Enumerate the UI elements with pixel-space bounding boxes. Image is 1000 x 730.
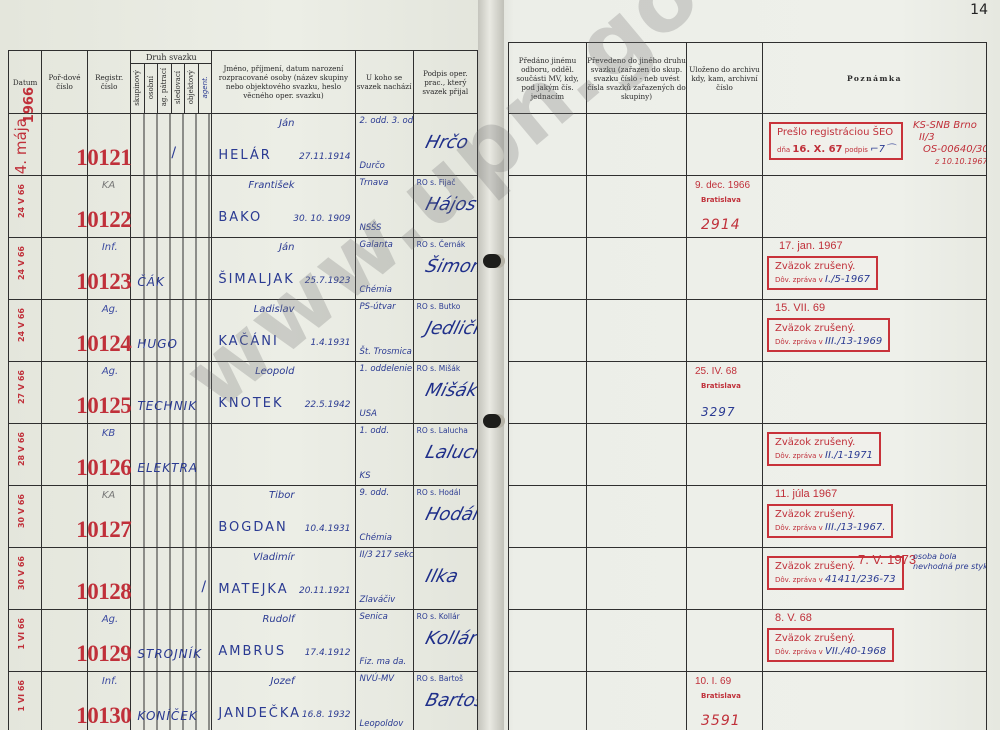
type-cell: ELEKTRA [131, 424, 212, 486]
person-cell: VladimírMATEJKA20.11.1921 [212, 548, 355, 610]
serial-cell: 10124 [42, 300, 88, 362]
birth-date: 30. 10. 1909 [293, 214, 350, 224]
table-row: 1 VI 6610129Ag.STROJNÍKRudolfAMBRUS17.4.… [9, 610, 478, 672]
archive-cell [687, 300, 763, 362]
transfer-cell [509, 548, 587, 610]
archive-cell: 25. IV. 68Bratislava3297 [687, 362, 763, 424]
binding-gutter [478, 0, 504, 730]
table-row: 11. júla 1967Zväzok zrušený.Dôv. zpráva … [509, 486, 987, 548]
person-cell: TiborBOGDAN10.4.1931 [212, 486, 355, 548]
date-cell: 1 VI 66 [9, 672, 42, 730]
date-stamp: 27 V 66 [17, 370, 26, 404]
converted-cell [587, 176, 687, 238]
header-prevedeno: Převedeno do jiného druhu svazku (zařaze… [587, 43, 687, 114]
date-cell: 28 V 66 [9, 424, 42, 486]
first-name: Jozef [271, 676, 295, 687]
location-top: PS-útvar [360, 302, 396, 312]
location-top: NVÚ-MV [360, 674, 395, 684]
serial-cell: 10129 [42, 610, 88, 672]
type-cell: / [131, 548, 212, 610]
cancellation-ref: III./13-1967. [825, 522, 885, 533]
serial-cell: 10121 [42, 114, 88, 176]
converted-cell [587, 672, 687, 730]
serial-number: 10122 [76, 207, 131, 233]
table-row: 30 V 6610128/VladimírMATEJKA20.11.1921II… [9, 548, 478, 610]
signature: Ilka [423, 566, 460, 587]
archive-cell [687, 114, 763, 176]
location-top: Galanta [360, 240, 393, 250]
transfer-cell [509, 362, 587, 424]
code-name: TECHNIK [137, 399, 197, 413]
receiver: RO s. Hodál [417, 488, 461, 497]
type-cell: HUGO [131, 300, 212, 362]
location-cell: II/3 217 sekciaZlaváčiv [355, 548, 413, 610]
serial-cell: 10123 [42, 238, 88, 300]
converted-cell [587, 362, 687, 424]
birth-date: 1.4.1931 [310, 338, 350, 348]
header-druh-agent: agent. [198, 64, 212, 114]
date-stamp: 24 V 66 [17, 308, 26, 342]
location-top: 2. odd. 3. odd. VC [360, 116, 414, 126]
table-row: 10. I. 69Bratislava3591 [509, 672, 987, 730]
header-podpis: Podpis oper. prac., který svazek přijal [413, 51, 477, 114]
cancellation-stamp: Zväzok zrušený.Dôv. zpráva v II./1-1971 [767, 432, 881, 466]
serial-number: 10128 [76, 579, 131, 605]
signature-cell: RO s. LaluchaLalucha [413, 424, 477, 486]
date-stamp: 24 V 66 [17, 184, 26, 218]
archive-date-stamp: 10. I. 69 [695, 676, 731, 687]
note-cell [763, 672, 987, 730]
surname: KNOTEK [218, 396, 283, 411]
registr-mark: Ag. [102, 366, 118, 377]
archive-number: 2914 [701, 217, 741, 233]
serial-cell: 10125 [42, 362, 88, 424]
cancellation-date: 15. VII. 69 [775, 302, 825, 314]
transfer-cell [509, 176, 587, 238]
location-bottom: KS [360, 471, 371, 481]
serial-number: 10121 [76, 145, 131, 171]
serial-number: 10124 [76, 331, 131, 357]
signature-cell: RO s. FijačHájos [413, 176, 477, 238]
type-cell [131, 176, 212, 238]
date-stamp: 30 V 66 [17, 494, 26, 528]
person-cell: JánŠIMALJAK25.7.1923 [212, 238, 355, 300]
transfer-cell [509, 486, 587, 548]
birth-date: 16.8. 1932 [302, 710, 351, 720]
surname: KAČÁNI [218, 334, 279, 349]
transfer-cell [509, 114, 587, 176]
cancellation-stamp: Zväzok zrušený.Dôv. zpráva v I./5-1967 [767, 256, 878, 290]
note-cell: 15. VII. 69Zväzok zrušený.Dôv. zpráva v … [763, 300, 987, 362]
date-stamp: 1 VI 66 [17, 680, 26, 711]
header-jmeno: Jméno, příjmení, datum narození rozpraco… [212, 51, 355, 114]
signature: Lalucha [423, 442, 478, 463]
location-bottom: Fiz. ma da. [360, 657, 407, 667]
archive-place-stamp: Bratislava [701, 382, 741, 390]
converted-cell [587, 300, 687, 362]
type-cell: ČÁK [131, 238, 212, 300]
birth-date: 27.11.1914 [299, 152, 351, 162]
signature: Mišák [423, 380, 478, 401]
archive-cell [687, 610, 763, 672]
table-row: 15. VII. 69Zväzok zrušený.Dôv. zpráva v … [509, 300, 987, 362]
table-row: 30 V 6610127KATiborBOGDAN10.4.19319. odd… [9, 486, 478, 548]
header-druh-svazku: Druh svazku [131, 51, 212, 64]
location-bottom: Zlaváčiv [360, 595, 396, 605]
first-name: František [248, 180, 294, 191]
date-cell: 30 V 66 [9, 486, 42, 548]
registr-mark: Inf. [102, 676, 118, 687]
table-row: 1 VI 6610130Inf.KONÍČEKJozefJANDEČKA16.8… [9, 672, 478, 730]
surname: JANDEČKA [218, 706, 301, 721]
location-bottom: Chémia [360, 533, 392, 543]
header-poznamka: Poznámka [763, 43, 987, 114]
header-druh-osobni: osobní [144, 64, 157, 114]
registry-table-right: Předáno jinému odboru, odděl. součásti M… [508, 42, 987, 730]
table-row: 24. mája10121/JánHELÁR27.11.19142. odd. … [9, 114, 478, 176]
code-name: KONÍČEK [137, 709, 197, 723]
signature-cell: Ilka [413, 548, 477, 610]
type-cell: / [131, 114, 212, 176]
header-druh-skupinovy: skupinový [131, 64, 144, 114]
registr-mark: KA [102, 180, 115, 191]
date-cell: 24 V 66 [9, 238, 42, 300]
type-cell: TECHNIK [131, 362, 212, 424]
table-row: 24 V 6610122KAFrantišekBAKO30. 10. 1909T… [9, 176, 478, 238]
archive-cell: 9. dec. 1966Bratislava2914 [687, 176, 763, 238]
table-row: 24 V 6610123Inf.ČÁKJánŠIMALJAK25.7.1923G… [9, 238, 478, 300]
first-name: Rudolf [262, 614, 294, 625]
birth-date: 20.11.1921 [299, 586, 351, 596]
first-name: Ján [279, 242, 294, 253]
birth-date: 17.4.1912 [305, 648, 351, 658]
first-name: Vladimír [253, 552, 295, 563]
person-cell: FrantišekBAKO30. 10. 1909 [212, 176, 355, 238]
cancellation-ref: 41411/236-73 [825, 574, 896, 585]
binder-ring-icon [483, 414, 501, 428]
type-cell [131, 486, 212, 548]
person-cell: RudolfAMBRUS17.4.1912 [212, 610, 355, 672]
header-poradove-cislo: Poř­-dové číslo [42, 51, 88, 114]
serial-number: 10129 [76, 641, 131, 667]
date-stamp: 24 V 66 [17, 246, 26, 280]
receiver: RO s. Mišák [417, 364, 461, 373]
converted-cell [587, 486, 687, 548]
location-top: Trnava [360, 178, 389, 188]
date-stamp: 1 VI 66 [17, 618, 26, 649]
archive-cell [687, 238, 763, 300]
date-cell: 24 V 66 [9, 300, 42, 362]
converted-cell [587, 610, 687, 672]
signature-cell: RO s. ButkoJedlička [413, 300, 477, 362]
date-stamp: 28 V 66 [17, 432, 26, 466]
table-row: Zväzok zrušený.Dôv. zpráva v 41411/236-7… [509, 548, 987, 610]
birth-date: 10.4.1931 [305, 524, 351, 534]
note-cell: 8. V. 68Zväzok zrušený.Dôv. zpráva v VII… [763, 610, 987, 672]
archive-number: 3591 [701, 713, 741, 729]
registr-mark: Ag. [102, 614, 118, 625]
location-bottom: Chémia [360, 285, 392, 295]
code-name: ELEKTRA [137, 461, 198, 475]
note-cell: Prešlo registráciou ŠEOdňa 16. X. 67 pod… [763, 114, 987, 176]
serial-cell: 10127 [42, 486, 88, 548]
converted-cell [587, 238, 687, 300]
serial-number: 10123 [76, 269, 131, 295]
table-row: 8. V. 68Zväzok zrušený.Dôv. zpráva v VII… [509, 610, 987, 672]
surname: BAKO [218, 210, 262, 225]
signature: Hrčo [423, 132, 470, 153]
location-top: Senica [360, 612, 388, 622]
receiver: RO s. Černák [417, 240, 466, 249]
archive-date-stamp: 9. dec. 1966 [695, 180, 750, 191]
note-cell [763, 176, 987, 238]
binder-ring-icon [483, 254, 501, 268]
location-top: 9. odd. [360, 488, 390, 498]
serial-cell: 10130 [42, 672, 88, 730]
first-name: Leopold [255, 366, 294, 377]
signature: Hájos [423, 194, 478, 215]
type-mark: / [201, 579, 206, 595]
cancellation-date: 8. V. 68 [775, 612, 812, 624]
signature: Šimon [423, 256, 478, 277]
transfer-cell [509, 610, 587, 672]
type-mark: / [171, 145, 176, 161]
note-cell: Zväzok zrušený.Dôv. zpráva v 41411/236-7… [763, 548, 987, 610]
receiver: RO s. Bartoš [417, 674, 463, 683]
cancellation-date: 11. júla 1967 [775, 488, 837, 500]
transfer-cell [509, 238, 587, 300]
date-cell: 27 V 66 [9, 362, 42, 424]
note-cell: 11. júla 1967Zväzok zrušený.Dôv. zpráva … [763, 486, 987, 548]
header-u-koho: U koho se svazek nachází [355, 51, 413, 114]
signature: Kollár [423, 628, 478, 649]
location-bottom: Leopoldov [360, 719, 404, 729]
location-bottom: Št. Trosmica [360, 347, 412, 357]
person-cell: JozefJANDEČKA16.8. 1932 [212, 672, 355, 730]
receiver: RO s. Butko [417, 302, 461, 311]
converted-cell [587, 424, 687, 486]
signature-cell: RO s. MišákMišák [413, 362, 477, 424]
location-cell: 2. odd. 3. odd. VCDurčo [355, 114, 413, 176]
person-cell: LadislavKAČÁNI1.4.1931 [212, 300, 355, 362]
type-cell: KONÍČEK [131, 672, 212, 730]
archive-place-stamp: Bratislava [701, 692, 741, 700]
seo-handwritten-note: KS-SNB BrnoII/3OS-00640/30-67z 10.10.196… [913, 120, 987, 168]
serial-number: 10130 [76, 703, 131, 729]
code-name: HUGO [137, 337, 178, 351]
archive-cell: 10. I. 69Bratislava3591 [687, 672, 763, 730]
type-cell: STROJNÍK [131, 610, 212, 672]
location-cell: 1. odd.KS [355, 424, 413, 486]
note-cell: Zväzok zrušený.Dôv. zpráva v II./1-1971 [763, 424, 987, 486]
header-ulozeno: Uloženo do archivu kdy, kam, archivní čí… [687, 43, 763, 114]
header-druh-ag-patraci: ag. pátrací [158, 64, 171, 114]
signature-cell: RO s. HodálHodál [413, 486, 477, 548]
location-bottom: Durčo [360, 161, 385, 171]
serial-number: 10125 [76, 393, 131, 419]
signature-cell: Hrčo [413, 114, 477, 176]
signature: Jedlička [423, 318, 478, 339]
converted-cell [587, 548, 687, 610]
note-cell [763, 362, 987, 424]
cancellation-stamp: Zväzok zrušený.Dôv. zpráva v III./13-196… [767, 504, 893, 538]
note-cell: 17. jan. 1967Zväzok zrušený.Dôv. zpráva … [763, 238, 987, 300]
location-top: II/3 217 sekcia [360, 550, 414, 560]
location-cell: TrnavaNSŠS [355, 176, 413, 238]
receiver: RO s. Lalucha [417, 426, 468, 435]
location-cell: 9. odd.Chémia [355, 486, 413, 548]
serial-cell: 10122 [42, 176, 88, 238]
date-stamp: 30 V 66 [17, 556, 26, 590]
code-name: ČÁK [137, 275, 164, 289]
location-cell: GalantaChémia [355, 238, 413, 300]
signature: Hodál [423, 504, 478, 525]
location-bottom: NSŠS [360, 223, 382, 233]
date-cell: 24 V 66 [9, 176, 42, 238]
header-druh-sledovaci: sledovací [171, 64, 184, 114]
registr-mark: KA [102, 490, 115, 501]
date-stamp: 24. mája [12, 118, 30, 176]
archive-number: 3297 [701, 405, 736, 419]
surname: AMBRUS [218, 644, 286, 659]
first-name: Ján [279, 118, 294, 129]
registr-mark: Ag. [102, 304, 118, 315]
date-cell: 1 VI 66 [9, 610, 42, 672]
birth-date: 25.7.1923 [305, 276, 351, 286]
person-cell: JánHELÁR27.11.1914 [212, 114, 355, 176]
surname: ŠIMALJAK [218, 272, 294, 287]
cancellation-ref: III./13-1969 [825, 336, 882, 347]
remark-note: osoba bolanevhodná pre styk [913, 552, 987, 572]
code-name: STROJNÍK [137, 647, 202, 661]
table-row: 25. IV. 68Bratislava3297 [509, 362, 987, 424]
serial-number: 10127 [76, 517, 131, 543]
table-row: Zväzok zrušený.Dôv. zpráva v II./1-1971 [509, 424, 987, 486]
page-number: 14 [970, 2, 988, 18]
location-cell: 1. oddelenieUSA [355, 362, 413, 424]
cancellation-date: 17. jan. 1967 [779, 240, 843, 252]
table-row: 27 V 6610125Ag.TECHNIKLeopoldKNOTEK22.5.… [9, 362, 478, 424]
receiver: RO s. Fijač [417, 178, 456, 187]
signature-cell: RO s. BartošBartoš [413, 672, 477, 730]
transfer-cell [509, 300, 587, 362]
table-row: 17. jan. 1967Zväzok zrušený.Dôv. zpráva … [509, 238, 987, 300]
archive-cell [687, 486, 763, 548]
cancellation-ref: I./5-1967 [825, 274, 870, 285]
serial-cell: 10128 [42, 548, 88, 610]
registry-table-left: Datum Poř­-dové číslo Registr. číslo Dru… [8, 50, 478, 730]
converted-cell [587, 114, 687, 176]
serial-cell: 10126 [42, 424, 88, 486]
archive-cell [687, 424, 763, 486]
registr-mark: KB [102, 428, 115, 439]
date-cell: 30 V 66 [9, 548, 42, 610]
cancellation-ref: II./1-1971 [825, 450, 873, 461]
archive-date-stamp: 25. IV. 68 [695, 366, 737, 377]
receiver: RO s. Kollár [417, 612, 460, 621]
signature-cell: RO s. ČernákŠimon [413, 238, 477, 300]
header-predano: Předáno jinému odboru, odděl. součásti M… [509, 43, 587, 114]
location-top: 1. oddelenie [360, 364, 413, 374]
location-cell: PS-útvarŠt. Trosmica [355, 300, 413, 362]
table-row: 9. dec. 1966Bratislava2914 [509, 176, 987, 238]
transfer-cell [509, 424, 587, 486]
year-stamp: 1966 [22, 87, 37, 123]
location-bottom: USA [360, 409, 377, 419]
seo-registration-stamp: Prešlo registráciou ŠEOdňa 16. X. 67 pod… [769, 122, 903, 160]
person-cell [212, 424, 355, 486]
signature: Bartoš [423, 690, 478, 711]
location-cell: SenicaFiz. ma da. [355, 610, 413, 672]
person-cell: LeopoldKNOTEK22.5.1942 [212, 362, 355, 424]
transfer-cell [509, 672, 587, 730]
cancellation-ref: VII./40-1968 [825, 646, 886, 657]
archive-place-stamp: Bratislava [701, 196, 741, 204]
serial-number: 10126 [76, 455, 131, 481]
first-name: Tibor [269, 490, 294, 501]
signature-cell: RO s. KollárKollár [413, 610, 477, 672]
surname: HELÁR [218, 148, 271, 163]
archive-cell [687, 548, 763, 610]
header-druh-objektovy: objektový [185, 64, 198, 114]
table-row: 28 V 6610126KBELEKTRA1. odd.KSRO s. Lalu… [9, 424, 478, 486]
cancellation-date: 7. V. 1973 [858, 552, 916, 567]
birth-date: 22.5.1942 [305, 400, 351, 410]
registr-mark: Inf. [102, 242, 118, 253]
cancellation-stamp: Zväzok zrušený.Dôv. zpráva v III./13-196… [767, 318, 890, 352]
location-cell: NVÚ-MVLeopoldov [355, 672, 413, 730]
surname: BOGDAN [218, 520, 287, 535]
table-row: 24 V 6610124Ag.HUGOLadislavKAČÁNI1.4.193… [9, 300, 478, 362]
first-name: Ladislav [254, 304, 295, 315]
cancellation-stamp: Zväzok zrušený.Dôv. zpráva v VII./40-196… [767, 628, 894, 662]
surname: MATEJKA [218, 582, 288, 597]
location-top: 1. odd. [360, 426, 390, 436]
table-row: Prešlo registráciou ŠEOdňa 16. X. 67 pod… [509, 114, 987, 176]
header-registr-cislo: Registr. číslo [87, 51, 131, 114]
